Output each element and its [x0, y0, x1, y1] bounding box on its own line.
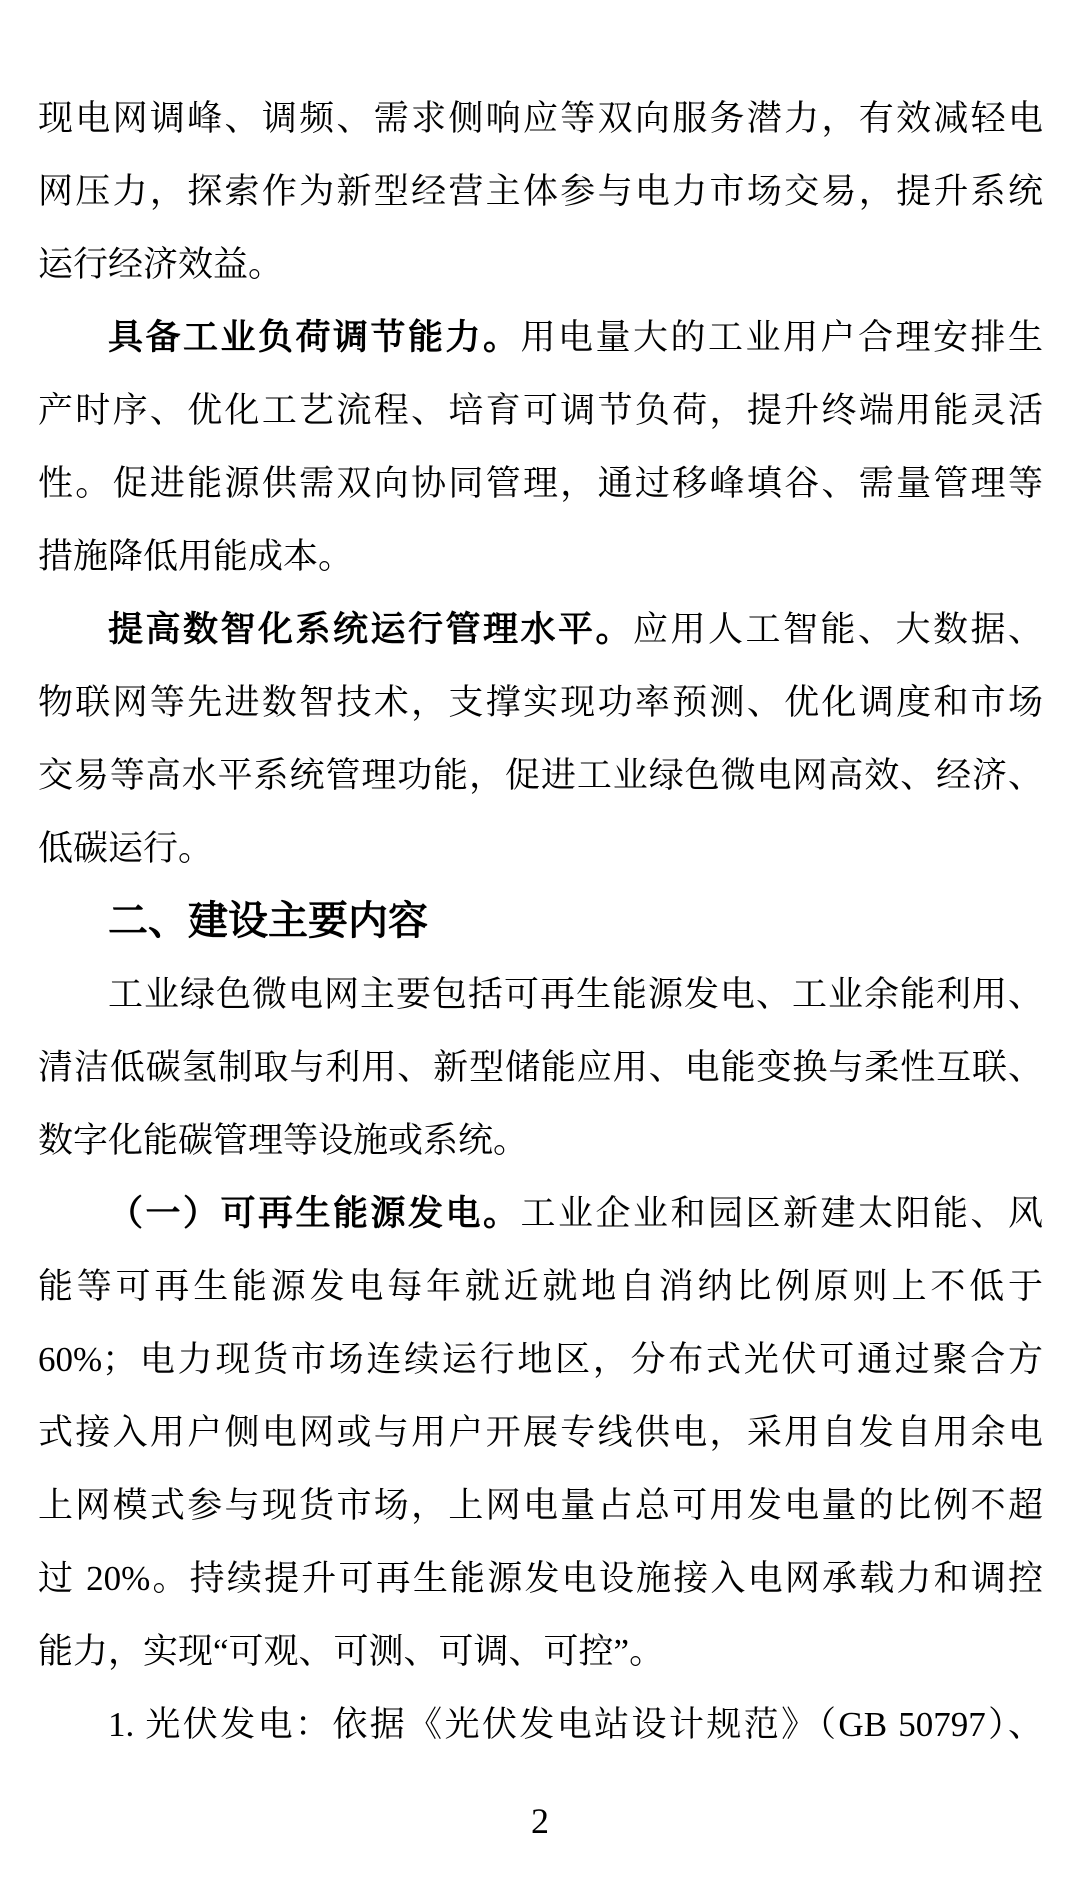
- text-run: 用电量大的工业用户合理安排生: [521, 318, 1044, 357]
- text-line: （一）可再生能源发电。工业企业和园区新建太阳能、风: [38, 1177, 1043, 1250]
- text-run: 能等可再生能源发电每年就近就地自消纳比例原则上不低于: [38, 1267, 1043, 1306]
- text-run: 应用人工智能、大数据、: [633, 610, 1043, 649]
- text-line: 1. 光伏发电：依据《光伏发电站设计规范》（GB 50797）、: [38, 1688, 1043, 1761]
- page-number: 2: [0, 1798, 1080, 1844]
- text-line: 式接入用户侧电网或与用户开展专线供电，采用自发自用余电: [38, 1396, 1043, 1469]
- text-line: 运行经济效益。: [38, 228, 1043, 301]
- text-run: 措施降低用能成本。: [38, 537, 353, 576]
- bold-text-run: 二、建设主要内容: [108, 899, 428, 943]
- text-line: 清洁低碳氢制取与利用、新型储能应用、电能变换与柔性互联、: [38, 1031, 1043, 1104]
- text-run: 清洁低碳氢制取与利用、新型储能应用、电能变换与柔性互联、: [38, 1048, 1043, 1087]
- text-line: 物联网等先进数智技术，支撑实现功率预测、优化调度和市场: [38, 666, 1043, 739]
- text-run: 网压力，探索作为新型经营主体参与电力市场交易，提升系统: [38, 172, 1043, 211]
- text-run: 工业企业和园区新建太阳能、风: [521, 1194, 1044, 1233]
- text-line: 能等可再生能源发电每年就近就地自消纳比例原则上不低于: [38, 1250, 1043, 1323]
- text-line: 现电网调峰、调频、需求侧响应等双向服务潜力，有效减轻电: [38, 82, 1043, 155]
- text-line: 具备工业负荷调节能力。用电量大的工业用户合理安排生: [38, 301, 1043, 374]
- document-page: 现电网调峰、调频、需求侧响应等双向服务潜力，有效减轻电网压力，探索作为新型经营主…: [0, 0, 1080, 1881]
- text-line: 过 20%。持续提升可再生能源发电设施接入电网承载力和调控: [38, 1542, 1043, 1615]
- text-line: 提高数智化系统运行管理水平。应用人工智能、大数据、: [38, 593, 1043, 666]
- text-line: 60%；电力现货市场连续运行地区，分布式光伏可通过聚合方: [38, 1323, 1043, 1396]
- text-block: 现电网调峰、调频、需求侧响应等双向服务潜力，有效减轻电网压力，探索作为新型经营主…: [38, 82, 1043, 1761]
- text-line: 低碳运行。: [38, 812, 1043, 885]
- text-run: 性。促进能源供需双向协同管理，通过移峰填谷、需量管理等: [38, 464, 1043, 503]
- text-line: 数字化能碳管理等设施或系统。: [38, 1104, 1043, 1177]
- text-run: 式接入用户侧电网或与用户开展专线供电，采用自发自用余电: [38, 1413, 1043, 1452]
- text-run: 1. 光伏发电：依据《光伏发电站设计规范》（GB 50797）、: [108, 1705, 1043, 1744]
- text-line: 工业绿色微电网主要包括可再生能源发电、工业余能利用、: [38, 958, 1043, 1031]
- text-run: 工业绿色微电网主要包括可再生能源发电、工业余能利用、: [108, 975, 1043, 1014]
- bold-text-run: （一）可再生能源发电。: [108, 1194, 521, 1233]
- text-line: 交易等高水平系统管理功能，促进工业绿色微电网高效、经济、: [38, 739, 1043, 812]
- bold-text-run: 提高数智化系统运行管理水平。: [108, 610, 633, 649]
- text-line: 产时序、优化工艺流程、培育可调节负荷，提升终端用能灵活: [38, 374, 1043, 447]
- text-run: 上网模式参与现货市场，上网电量占总可用发电量的比例不超: [38, 1486, 1043, 1525]
- text-run: 过 20%。持续提升可再生能源发电设施接入电网承载力和调控: [38, 1559, 1043, 1598]
- text-line: 上网模式参与现货市场，上网电量占总可用发电量的比例不超: [38, 1469, 1043, 1542]
- text-line: 网压力，探索作为新型经营主体参与电力市场交易，提升系统: [38, 155, 1043, 228]
- text-run: 产时序、优化工艺流程、培育可调节负荷，提升终端用能灵活: [38, 391, 1043, 430]
- text-run: 低碳运行。: [38, 829, 213, 868]
- text-run: 能力，实现“可观、可测、可调、可控”。: [38, 1632, 664, 1671]
- text-run: 交易等高水平系统管理功能，促进工业绿色微电网高效、经济、: [38, 756, 1043, 795]
- text-run: 数字化能碳管理等设施或系统。: [38, 1121, 528, 1160]
- text-run: 现电网调峰、调频、需求侧响应等双向服务潜力，有效减轻电: [38, 99, 1043, 138]
- text-line: 措施降低用能成本。: [38, 520, 1043, 593]
- text-run: 物联网等先进数智技术，支撑实现功率预测、优化调度和市场: [38, 683, 1043, 722]
- text-line: 能力，实现“可观、可测、可调、可控”。: [38, 1615, 1043, 1688]
- text-line: 性。促进能源供需双向协同管理，通过移峰填谷、需量管理等: [38, 447, 1043, 520]
- text-run: 60%；电力现货市场连续运行地区，分布式光伏可通过聚合方: [38, 1340, 1043, 1379]
- section-heading: 二、建设主要内容: [38, 885, 1043, 958]
- bold-text-run: 具备工业负荷调节能力。: [108, 318, 521, 357]
- text-run: 运行经济效益。: [38, 245, 283, 284]
